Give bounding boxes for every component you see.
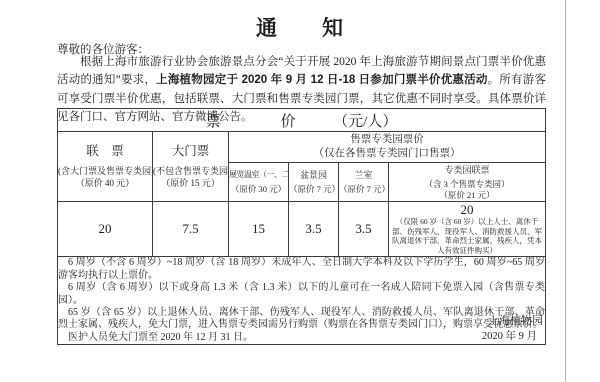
wenshi-original-price: （原价 30 元） <box>229 184 288 195</box>
price-lianpiao: 20 <box>58 202 153 257</box>
signature-block: 上海植物园 2020 年 9 月 <box>482 313 543 345</box>
note-line-2: 6 周岁（含 6 周岁）以下或身高 1.3 米（含 1.3 米）以下的儿童可在一… <box>58 282 545 307</box>
note-line-3: 65 岁（含 65 岁）以上退休人员、离休干部、伤残军人、现役军人、消防救援人员… <box>58 307 545 332</box>
table-notes-cell: 6 周岁（不含 6 周岁）~18 周岁（含 18 周岁）未成年人、全日制大学本科… <box>58 257 546 345</box>
table-price-row: 20 7.5 15 3.5 3.5 20 （仅限 60 岁（含 60 岁）以上人… <box>58 202 546 257</box>
price-lanshi: 3.5 <box>339 202 389 257</box>
col-header-zhuanlei: 专类园联票 （含 3 个售票专类园） （原价 21 元） <box>389 163 546 202</box>
damenpiao-name: 大门票 <box>153 144 228 159</box>
price-wenshi: 15 <box>229 202 289 257</box>
damenpiao-sub: (不包含售票专类园) <box>153 165 228 177</box>
lianpiao-name: 联 票 <box>58 144 152 159</box>
zhuanlei-sub: （含 3 个售票专类园） <box>389 179 545 190</box>
lanshi-original-price: （原价 7 元） <box>339 184 388 195</box>
penjing-original-price: （原价 7 元） <box>289 184 338 195</box>
table-title: 票 价 （元/人） <box>58 109 546 132</box>
group-header-line2: （仅在各售票专类园门口售票） <box>229 147 545 161</box>
signature-date: 2020 年 9 月 <box>482 329 543 345</box>
col-header-lianpiao: 联 票 (含大门票及售票专类园) （原价 40 元） <box>58 132 153 202</box>
price-penjing: 3.5 <box>289 202 339 257</box>
zhuanlei-name: 专类园联票 <box>389 164 545 176</box>
wenshi-name: 展览温室（一、二） <box>229 169 288 181</box>
table-header-row-1: 联 票 (含大门票及售票专类园) （原价 40 元） 大门票 (不包含售票专类园… <box>58 132 546 163</box>
table-title-row: 票 价 （元/人） <box>58 109 546 132</box>
damenpiao-original-price: （原价 15 元） <box>153 177 228 189</box>
price-damenpiao: 7.5 <box>153 202 229 257</box>
note-line-1: 6 周岁（不含 6 周岁）~18 周岁（含 18 周岁）未成年人、全日制大学本科… <box>58 257 545 282</box>
lianpiao-original-price: （原价 40 元） <box>58 177 152 189</box>
lianpiao-sub: (含大门票及售票专类园) <box>58 165 152 177</box>
notice-title: 通 知 <box>0 12 600 42</box>
table-notes-row: 6 周岁（不含 6 周岁）~18 周岁（含 18 周岁）未成年人、全日制大学本科… <box>58 257 546 345</box>
lanshi-name: 兰室 <box>339 169 388 181</box>
page-edge-line <box>565 0 566 382</box>
price-zhuanlei-cell: 20 （仅限 60 岁（含 60 岁）以上人士、离休干部、伤残军人、现役军人、消… <box>389 202 546 257</box>
group-header-line1: 售票专类园票价 <box>229 133 545 147</box>
zhuanlei-original-price: （原价 21 元） <box>389 190 545 201</box>
price-zhuanlei-eligibility-note: （仅限 60 岁（含 60 岁）以上人士、离休干部、伤残军人、现役军人、消防救援… <box>389 217 545 256</box>
col-header-lanshi: 兰室 （原价 7 元） <box>339 163 389 202</box>
notice-page: 通 知 尊敬的各位游客： 根据上海市旅游行业协会旅游景点分会“关于开展 2020… <box>0 0 600 382</box>
col-header-damenpiao: 大门票 (不包含售票专类园) （原价 15 元） <box>153 132 229 202</box>
signature-org: 上海植物园 <box>482 313 543 329</box>
col-header-penjing: 盆景园 （原价 7 元） <box>289 163 339 202</box>
price-zhuanlei: 20 <box>389 203 545 217</box>
col-group-header-shoupiao: 售票专类园票价 （仅在各售票专类园门口售票） <box>229 132 546 163</box>
intro-bold-highlight: 上海植物园定于 2020 年 9 月 12 日-18 日参加门票半价优惠活动 <box>156 74 488 86</box>
price-table: 票 价 （元/人） 联 票 (含大门票及售票专类园) （原价 40 元） 大门票… <box>57 108 546 345</box>
note-line-4: 医护人员免大门票至 2020 年 12 月 31 日。 <box>58 332 545 344</box>
penjing-name: 盆景园 <box>289 169 338 181</box>
col-header-wenshi: 展览温室（一、二） （原价 30 元） <box>229 163 289 202</box>
